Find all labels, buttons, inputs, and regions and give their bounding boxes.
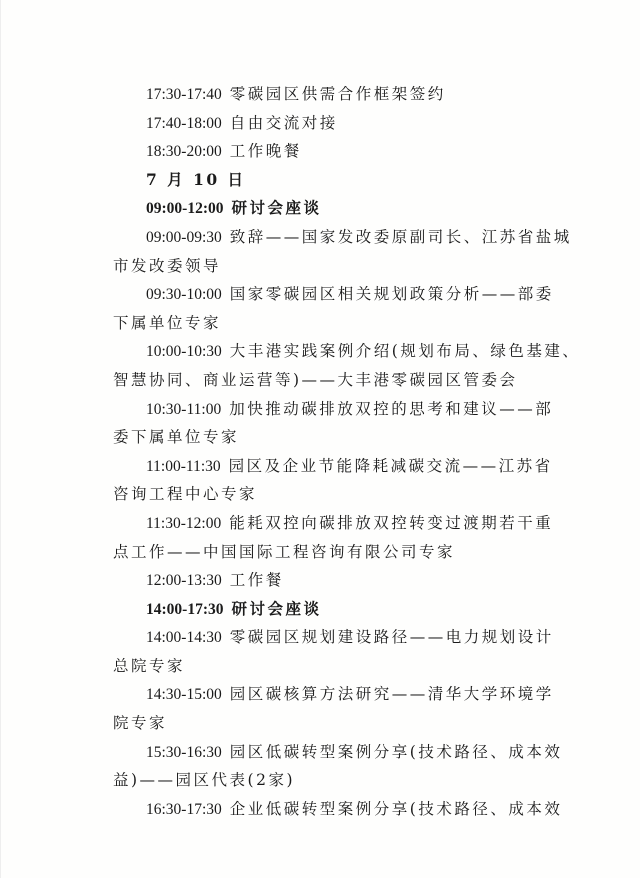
item-text: 委下属单位专家 bbox=[113, 428, 239, 446]
item-text: 致辞——国家发改委原副司长、江苏省盐城 bbox=[230, 228, 572, 246]
item-time: 12:00-13:30 bbox=[146, 572, 222, 589]
item-time: 17:30-17:40 bbox=[146, 86, 222, 103]
item-text: 工作晚餐 bbox=[230, 142, 302, 160]
agenda-item-continuation: 下属单位专家 bbox=[113, 309, 543, 338]
item-text: 园区碳核算方法研究——清华大学环境学 bbox=[230, 685, 554, 703]
item-text: 智慧协同、商业运营等)——大丰港零碳园区管委会 bbox=[113, 371, 518, 389]
agenda-item-continuation: 益)——园区代表(2家) bbox=[113, 766, 543, 795]
item-time: 15:30-16:30 bbox=[146, 744, 222, 761]
session-title: 研讨会座谈 bbox=[232, 198, 322, 217]
item-text: 下属单位专家 bbox=[113, 314, 221, 332]
agenda-item-continuation: 点工作——中国国际工程咨询有限公司专家 bbox=[113, 538, 543, 567]
item-text: 点工作——中国国际工程咨询有限公司专家 bbox=[113, 543, 455, 561]
agenda-item: 10:00-10:30大丰港实践案例介绍(规划布局、绿色基建、 bbox=[113, 337, 543, 366]
item-text: 企业低碳转型案例分享(技术路径、成本效 bbox=[230, 800, 563, 818]
item-text: 自由交流对接 bbox=[230, 114, 338, 132]
agenda-item: 17:40-18:00自由交流对接 bbox=[113, 109, 543, 138]
date-heading: 7 月 10 日 bbox=[113, 166, 543, 195]
item-time: 09:00-09:30 bbox=[146, 229, 222, 246]
agenda-item: 15:30-16:30园区低碳转型案例分享(技术路径、成本效 bbox=[113, 738, 543, 767]
agenda-item: 10:30-11:00加快推动碳排放双控的思考和建议——部 bbox=[113, 395, 543, 424]
agenda-item: 12:00-13:30工作餐 bbox=[113, 566, 543, 595]
item-text: 零碳园区供需合作框架签约 bbox=[230, 85, 446, 103]
item-text: 国家零碳园区相关规划政策分析——部委 bbox=[230, 285, 554, 303]
item-text: 总院专家 bbox=[113, 657, 185, 675]
session-time: 14:00-17:30 bbox=[146, 601, 224, 618]
item-time: 11:00-11:30 bbox=[146, 458, 221, 475]
item-text: 园区低碳转型案例分享(技术路径、成本效 bbox=[230, 743, 563, 761]
agenda-item: 18:30-20:00工作晚餐 bbox=[113, 137, 543, 166]
item-time: 10:00-10:30 bbox=[146, 343, 222, 360]
agenda-item: 14:00-14:30零碳园区规划建设路径——电力规划设计 bbox=[113, 623, 543, 652]
session-time: 09:00-12:00 bbox=[146, 200, 224, 217]
agenda-item-continuation: 智慧协同、商业运营等)——大丰港零碳园区管委会 bbox=[113, 366, 543, 395]
agenda-item: 09:00-09:30致辞——国家发改委原副司长、江苏省盐城 bbox=[113, 223, 543, 252]
agenda-item-continuation: 咨询工程中心专家 bbox=[113, 480, 543, 509]
document-page: 17:30-17:40零碳园区供需合作框架签约 17:40-18:00自由交流对… bbox=[0, 0, 640, 878]
item-text: 加快推动碳排放双控的思考和建议——部 bbox=[229, 400, 553, 418]
item-time: 10:30-11:00 bbox=[146, 401, 221, 418]
item-text: 咨询工程中心专家 bbox=[113, 485, 257, 503]
agenda-item-continuation: 委下属单位专家 bbox=[113, 423, 543, 452]
agenda-item: 11:30-12:00能耗双控向碳排放双控转变过渡期若干重 bbox=[113, 509, 543, 538]
item-time: 18:30-20:00 bbox=[146, 143, 222, 160]
agenda-item: 17:30-17:40零碳园区供需合作框架签约 bbox=[113, 80, 543, 109]
item-time: 16:30-17:30 bbox=[146, 801, 222, 818]
date-text: 7 月 10 日 bbox=[146, 170, 246, 189]
item-text: 益)——园区代表(2家) bbox=[113, 771, 295, 789]
session-heading: 09:00-12:00研讨会座谈 bbox=[113, 194, 543, 223]
item-text: 大丰港实践案例介绍(规划布局、绿色基建、 bbox=[230, 342, 581, 360]
agenda-item: 09:30-10:00国家零碳园区相关规划政策分析——部委 bbox=[113, 280, 543, 309]
agenda-item: 11:00-11:30园区及企业节能降耗减碳交流——江苏省 bbox=[113, 452, 543, 481]
agenda-item-continuation: 市发改委领导 bbox=[113, 252, 543, 281]
item-text: 零碳园区规划建设路径——电力规划设计 bbox=[230, 628, 554, 646]
item-time: 17:40-18:00 bbox=[146, 115, 222, 132]
item-text: 能耗双控向碳排放双控转变过渡期若干重 bbox=[229, 514, 553, 532]
session-title: 研讨会座谈 bbox=[232, 599, 322, 618]
agenda-item-continuation: 总院专家 bbox=[113, 652, 543, 681]
agenda-body: 17:30-17:40零碳园区供需合作框架签约 17:40-18:00自由交流对… bbox=[113, 80, 543, 823]
item-time: 09:30-10:00 bbox=[146, 286, 222, 303]
item-text: 工作餐 bbox=[230, 571, 284, 589]
item-time: 14:30-15:00 bbox=[146, 686, 222, 703]
agenda-item-continuation: 院专家 bbox=[113, 709, 543, 738]
agenda-item: 14:30-15:00园区碳核算方法研究——清华大学环境学 bbox=[113, 680, 543, 709]
item-text: 市发改委领导 bbox=[113, 257, 221, 275]
agenda-item: 16:30-17:30企业低碳转型案例分享(技术路径、成本效 bbox=[113, 795, 543, 824]
session-heading: 14:00-17:30研讨会座谈 bbox=[113, 595, 543, 624]
item-time: 11:30-12:00 bbox=[146, 515, 221, 532]
item-time: 14:00-14:30 bbox=[146, 629, 222, 646]
item-text: 院专家 bbox=[113, 714, 167, 732]
item-text: 园区及企业节能降耗减碳交流——江苏省 bbox=[229, 457, 553, 475]
